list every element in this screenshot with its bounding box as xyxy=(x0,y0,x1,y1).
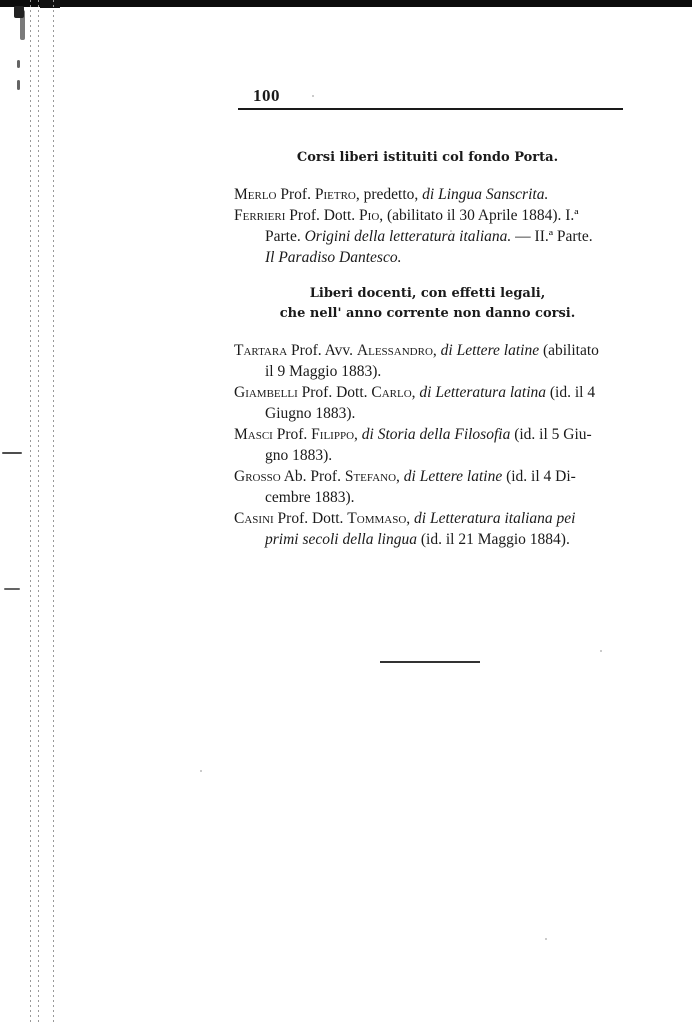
section-subtitle-liberi-docenti: che nell' anno corrente non danno corsi. xyxy=(230,303,625,325)
scan-speck xyxy=(200,770,202,772)
page-number: 100 xyxy=(253,86,280,106)
scan-smudge xyxy=(2,452,22,454)
entry-casini: Casini Prof. Dott. Tommaso, di Letteratu… xyxy=(234,508,626,550)
scan-fold-line xyxy=(53,0,54,1024)
scan-smudge xyxy=(20,10,25,40)
scan-speck xyxy=(600,650,602,652)
scan-fold-line xyxy=(38,0,39,1024)
entry-giambelli: Giambelli Prof. Dott. Carlo, di Letterat… xyxy=(234,382,626,424)
scan-speck xyxy=(545,938,547,940)
section-title-liberi-docenti: Liberi docenti, con effetti legali, xyxy=(230,283,625,305)
entry-ferrieri: Ferrieri Prof. Dott. Pio, (abilitato il … xyxy=(234,205,626,268)
end-rule xyxy=(380,661,480,663)
header-rule xyxy=(238,108,623,110)
scan-speck xyxy=(312,95,314,97)
scan-smudge xyxy=(17,80,20,90)
scan-smudge xyxy=(4,588,20,590)
scan-fold-line xyxy=(30,0,31,1024)
entry-masci: Masci Prof. Filippo, di Storia della Fil… xyxy=(234,424,626,466)
scan-left-gutter xyxy=(0,0,60,1024)
scan-smudge xyxy=(17,60,20,68)
scan-speck xyxy=(450,230,452,232)
scan-top-edge xyxy=(0,0,692,7)
entry-grosso: Grosso Ab. Prof. Stefano, di Lettere lat… xyxy=(234,466,626,508)
entry-tartara: Tartara Prof. Avv. Alessandro, di Letter… xyxy=(234,340,626,382)
entry-merlo: Merlo Prof. Pietro, predetto, di Lingua … xyxy=(234,184,626,205)
section-title-corsi-liberi: Corsi liberi istituiti col fondo Porta. xyxy=(230,147,625,169)
